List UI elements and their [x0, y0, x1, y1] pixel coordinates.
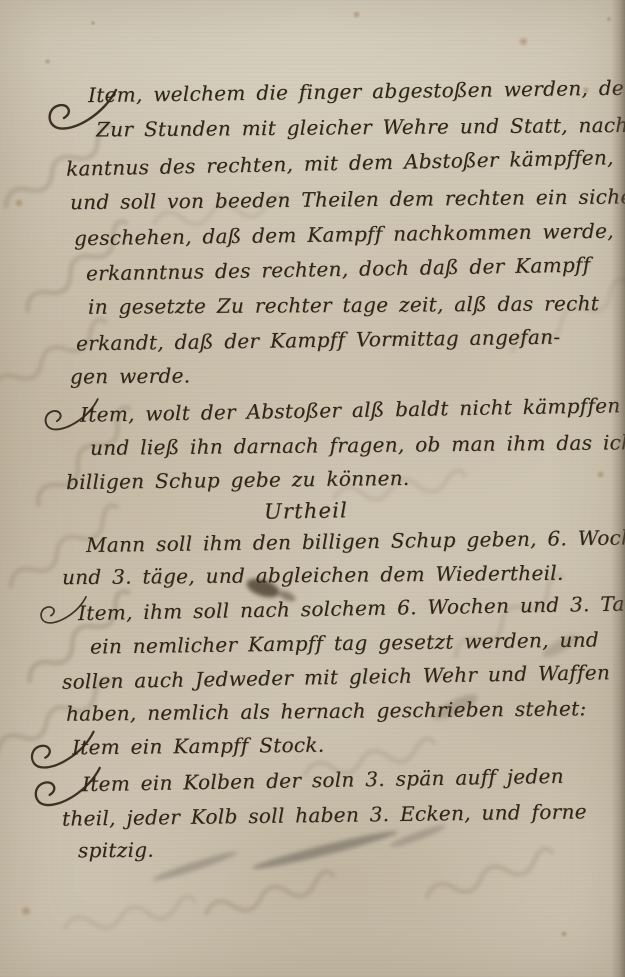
manuscript-line: erkandt, daß der Kampff Vormittag angefa…	[76, 326, 561, 356]
manuscript-line: kantnus des rechten, mit dem Abstoßer kä…	[66, 146, 614, 180]
manuscript-line: haben, nemlich als hernach geschrieben s…	[66, 697, 587, 725]
manuscript-line: gen werde.	[70, 364, 191, 388]
bleedthrough-mark	[418, 837, 562, 915]
bleedthrough-mark	[58, 886, 202, 946]
ink-smudge	[388, 822, 447, 850]
manuscript-line: in gesetzte Zu rechter tage zeit, alß da…	[88, 292, 599, 319]
manuscript-line: ein nemlicher Kampff tag gesetzt werden,…	[90, 628, 599, 658]
manuscript-line: Mann soll ihm den billigen Schup geben, …	[86, 526, 625, 557]
bleedthrough-mark	[0, 307, 120, 408]
manuscript-page: Item, welchem die finger abgestoßen werd…	[0, 0, 625, 977]
fox-spot	[596, 470, 605, 479]
fox-spot	[44, 58, 51, 65]
bleedthrough-mark	[500, 267, 625, 368]
manuscript-line: spitzig.	[78, 839, 154, 863]
manuscript-line: Item ein Kolben der soln 3. spän auff je…	[82, 765, 564, 796]
fox-spot	[20, 905, 32, 917]
manuscript-line: theil, jeder Kolb soll haben 3. Ecken, u…	[62, 800, 587, 830]
fox-spot	[518, 36, 529, 47]
fox-spot	[352, 10, 361, 19]
manuscript-line: Zur Stunden mit gleicher Wehre und Statt…	[96, 113, 625, 141]
bleedthrough-mark	[198, 860, 343, 931]
manuscript-line: und soll von beeden Theilen dem rechten …	[70, 185, 625, 214]
manuscript-line: erkanntnus des rechten, doch daß der Kam…	[86, 254, 591, 286]
ink-smudge	[151, 848, 239, 883]
manuscript-line: und ließ ihn darnach fragen, ob man ihm …	[90, 431, 625, 460]
section-heading: Urtheil	[264, 498, 348, 524]
page-edge-shadow	[611, 0, 625, 977]
manuscript-line: Item, wolt der Abstoßer alß baldt nicht …	[80, 394, 621, 426]
fox-spot	[560, 930, 568, 938]
manuscript-line: Item, ihm soll nach solchem 6. Wochen un…	[78, 592, 625, 625]
fox-spot	[14, 198, 24, 208]
manuscript-line: sollen auch Jedweder mit gleich Wehr und…	[62, 661, 610, 694]
manuscript-line: und 3. täge, und abgleichen dem Wiederth…	[62, 562, 564, 589]
manuscript-line: Item, welchem die finger abgestoßen werd…	[88, 76, 625, 107]
fox-spot	[90, 20, 96, 26]
manuscript-line: Item ein Kampff Stock.	[72, 734, 325, 760]
manuscript-line: billigen Schup gebe zu können.	[66, 467, 410, 494]
